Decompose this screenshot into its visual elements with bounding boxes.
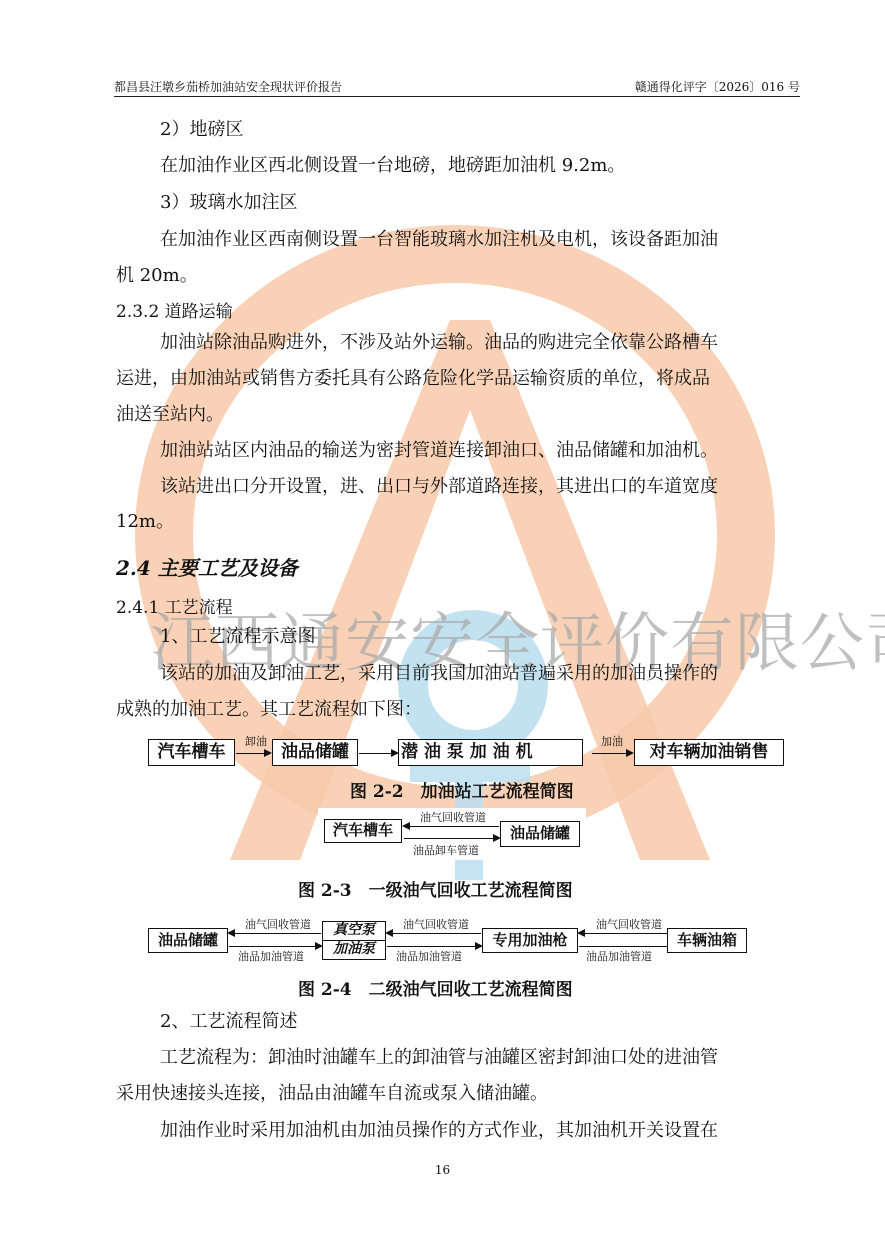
- paragraph-process-1: 该站的加油及卸油工艺，采用目前我国加油站普遍采用的加油员操作的: [160, 664, 718, 684]
- fig24-box-nozzle: 专用加油枪: [482, 928, 578, 953]
- fig22-arrow-2: [359, 753, 397, 754]
- paragraph-weighbridge: 在加油作业区西北侧设置一台地磅，地磅距加油机 9.2m。: [160, 156, 625, 176]
- fig24-box-fuel-pump: 加油泵: [322, 940, 386, 960]
- paragraph-glass-water-2: 机 20m。: [116, 266, 198, 286]
- section-heading-2-4: 2.4 主要工艺及设备: [116, 552, 298, 581]
- section-heading-2-3-2: 2.3.2 道路运输: [116, 297, 233, 322]
- fig24-arrow-vapor-2: [387, 933, 481, 934]
- fig24-label-fuel-1: 油品加油管道: [238, 948, 304, 964]
- fig23-box-storage-tank: 油品储罐: [500, 821, 580, 847]
- fig22-arrow-3: [592, 753, 632, 754]
- fig24-label-vapor-2: 油气回收管道: [403, 916, 469, 932]
- fig24-arrow-fuel-1: [229, 946, 321, 947]
- fig23-caption: 图 2-3 一级油气回收工艺流程简图: [298, 876, 573, 901]
- fig22-box-sale: 对车辆加油销售: [634, 739, 784, 766]
- fig23-box-tanker: 汽车槽车: [324, 819, 402, 843]
- paragraph-pipeline: 加油站站区内油品的输送为密封管道连接卸油口、油品储罐和加油机。: [160, 441, 718, 461]
- fig24-arrow-vapor-3: [579, 933, 675, 934]
- page-header: 都昌县汪墩乡茄桥加油站安全现状评价报告 赣通得化评字〔2026〕016 号: [114, 78, 800, 97]
- paragraph-glass-water-1: 在加油作业区西南侧设置一台智能玻璃水加注机及电机，该设备距加油: [160, 230, 718, 250]
- fig23-label-unload: 油品卸车管道: [413, 842, 479, 858]
- subheading-weighbridge: 2）地磅区: [160, 120, 243, 140]
- fig23-arrow-unload: [404, 838, 499, 839]
- page-number: 16: [0, 1163, 885, 1177]
- fig24-box-vacuum-pump: 真空泵: [322, 921, 386, 941]
- subheading-process-summary: 2、工艺流程简述: [160, 1012, 297, 1032]
- header-report-number: 赣通得化评字〔2026〕016 号: [635, 78, 800, 95]
- fig24-arrow-fuel-3: [579, 946, 675, 947]
- fig24-arrow-vapor-1: [229, 933, 321, 934]
- fig22-box-dispenser: 潜 油 泵 加 油 机: [398, 739, 583, 766]
- fig24-label-vapor-1: 油气回收管道: [245, 916, 311, 932]
- paragraph-road-2: 运进，由加油站或销售方委托具有公路危险化学品运输资质的单位，将成品: [116, 369, 710, 389]
- fig24-label-vapor-3: 油气回收管道: [596, 916, 662, 932]
- paragraph-refueling: 加油作业时采用加油机由加油员操作的方式作业，其加油机开关设置在: [160, 1121, 718, 1141]
- fig22-caption: 图 2-2 加油站工艺流程简图: [350, 777, 574, 802]
- paragraph-road-1: 加油站除油品购进外，不涉及站外运输。油品的购进完全依靠公路槽车: [160, 333, 718, 353]
- paragraph-unloading-1: 工艺流程为：卸油时油罐车上的卸油管与油罐区密封卸油口处的进油管: [160, 1048, 718, 1068]
- fig22-label-unload: 卸油: [245, 733, 267, 749]
- fig23-label-vapor: 油气回收管道: [420, 809, 486, 825]
- subheading-flow-diagram: 1、工艺流程示意图: [160, 627, 315, 647]
- fig22-box-tanker: 汽车槽车: [148, 739, 235, 766]
- paragraph-road-3: 油送至站内。: [116, 405, 224, 425]
- paragraph-process-2: 成熟的加油工艺。其工艺流程如下图：: [116, 700, 422, 720]
- fig24-arrow-fuel-2: [387, 946, 481, 947]
- section-heading-2-4-1: 2.4.1 工艺流程: [116, 593, 233, 618]
- fig24-box-vehicle-tank: 车辆油箱: [667, 928, 747, 953]
- paragraph-unloading-2: 采用快速接头连接，油品由油罐车自流或泵入储油罐。: [116, 1084, 548, 1104]
- fig24-caption: 图 2-4 二级油气回收工艺流程简图: [298, 975, 573, 1000]
- header-report-title: 都昌县汪墩乡茄桥加油站安全现状评价报告: [114, 78, 342, 95]
- fig24-box-storage-tank: 油品储罐: [148, 928, 228, 953]
- subheading-glass-water: 3）玻璃水加注区: [160, 193, 297, 213]
- paragraph-entrance-1: 该站进出口分开设置，进、出口与外部道路连接，其进出口的车道宽度: [160, 477, 718, 497]
- fig22-label-refuel: 加油: [601, 733, 623, 749]
- fig23-arrow-vapor: [404, 826, 499, 827]
- paragraph-entrance-2: 12m。: [116, 512, 174, 532]
- fig22-box-storage-tank: 油品储罐: [272, 739, 358, 766]
- fig24-label-fuel-3: 油品加油管道: [586, 948, 652, 964]
- fig22-arrow-1: [236, 753, 270, 754]
- fig24-label-fuel-2: 油品加油管道: [396, 948, 462, 964]
- watermark-logo-q-icon: [398, 610, 548, 760]
